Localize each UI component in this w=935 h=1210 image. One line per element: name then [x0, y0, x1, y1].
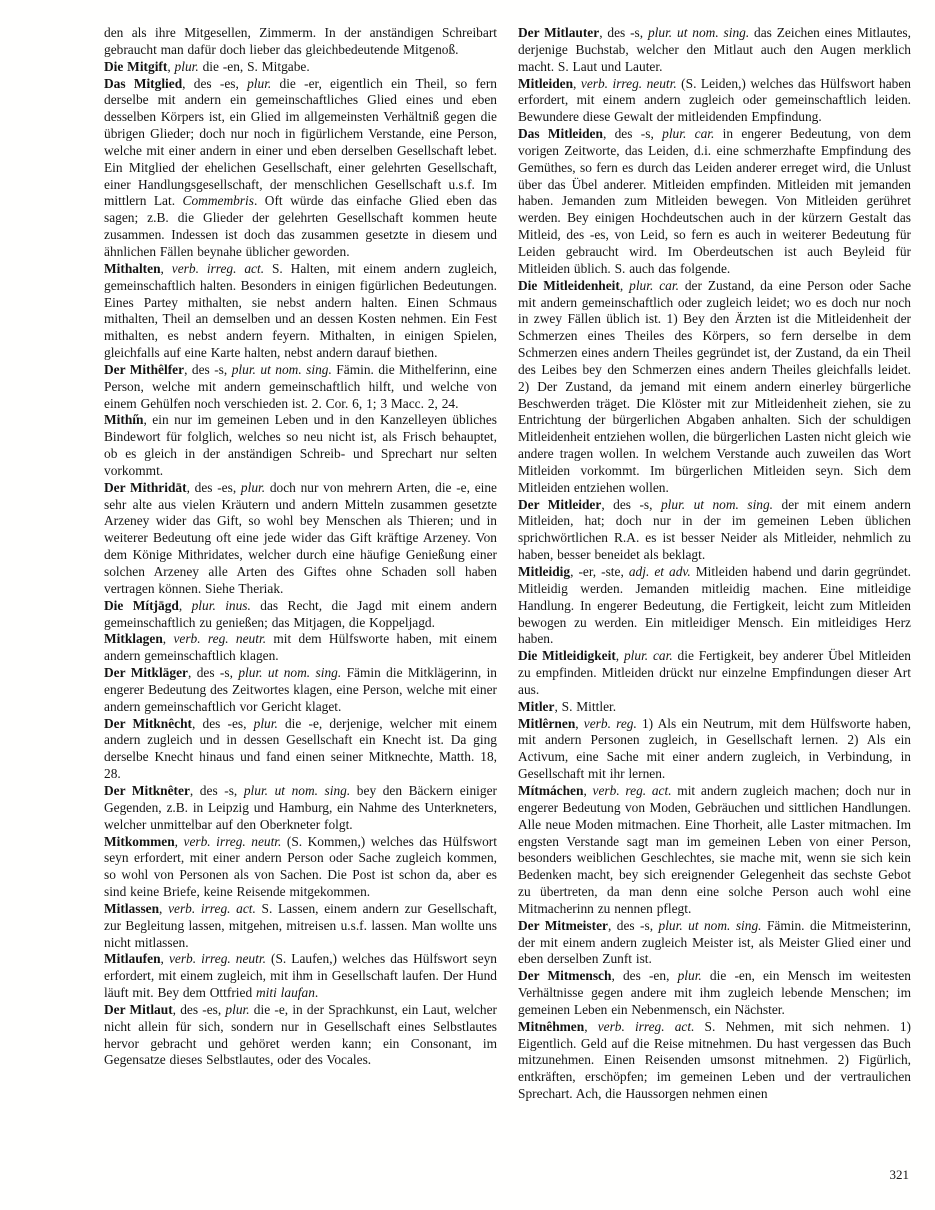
- entry-mitlernen: Mitlêrnen, verb. reg. 1) Als ein Neutrum…: [518, 716, 911, 783]
- entry-grammar-label: Commembris: [183, 193, 254, 208]
- entry-mithalten: Mithalten, verb. irreg. act. S. Halten, …: [104, 261, 497, 362]
- entry-text: , des -en,: [611, 968, 677, 983]
- entry-grammar-label: verb. irreg. neutr.: [169, 951, 266, 966]
- entry-text: ,: [163, 631, 174, 646]
- entry-headword: Mitnêhmen: [518, 1019, 584, 1034]
- entry-headword: Der Mitlauter: [518, 25, 599, 40]
- entry-mitler: Mitler, S. Mittler.: [518, 699, 911, 716]
- document-page: den als ihre Mitgesellen, Zimmerm. In de…: [0, 0, 935, 1210]
- entry-grammar-label: plur. ut nom. sing.: [232, 362, 332, 377]
- entry-grammar-label: verb. irreg. neutr.: [184, 834, 282, 849]
- entry-der-mitlauter: Der Mitlauter, des -s, plur. ut nom. sin…: [518, 25, 911, 76]
- entry-text: den als ihre Mitgesellen, Zimmerm. In de…: [104, 25, 497, 57]
- entry-text: doch nur von mehrern Arten, die -e, eine…: [104, 480, 497, 596]
- entry-headword: Der Mitknêter: [104, 783, 190, 798]
- entry-headword: Der Mitknêcht: [104, 716, 192, 731]
- entry-headword: Die Mítjāgd: [104, 598, 179, 613]
- entry-der-mitmensch: Der Mitmensch, des -en, plur. die -en, e…: [518, 968, 911, 1019]
- entry-text: ,: [583, 783, 592, 798]
- entry-grammar-label: plur.: [175, 59, 199, 74]
- entry-grammar-label: plur.: [254, 716, 278, 731]
- entry-grammar-label: verb. irreg. act.: [172, 261, 264, 276]
- entry-text: ,: [584, 1019, 597, 1034]
- entry-text: , des -s,: [608, 918, 659, 933]
- entry-text: , ein nur im gemeinen Leben und in den K…: [104, 412, 497, 478]
- entry-grammar-label: plur. ut nom. sing.: [661, 497, 773, 512]
- entry-text: , des -es,: [173, 1002, 226, 1017]
- entry-die-mitgift: Die Mitgift, plur. die -en, S. Mitgabe.: [104, 59, 497, 76]
- entry-headword: Mithı̋n: [104, 412, 143, 427]
- entry-mitleidig: Mitleidig, -er, -ste, adj. et adv. Mitle…: [518, 564, 911, 648]
- entry-das-mitleiden: Das Mitleiden, des -s, plur. car. in eng…: [518, 126, 911, 278]
- entry-mitgesell-continuation: den als ihre Mitgesellen, Zimmerm. In de…: [104, 25, 497, 59]
- entry-text: , des -es,: [182, 76, 247, 91]
- entry-grammar-label: verb. reg. act.: [593, 783, 672, 798]
- entry-headword: Der Mitmensch: [518, 968, 611, 983]
- entry-text: ,: [175, 834, 184, 849]
- entry-headword: Das Mitleiden: [518, 126, 603, 141]
- entry-text: ,: [167, 59, 174, 74]
- entry-grammar-label: plur. car.: [662, 126, 714, 141]
- entry-headword: Der Mithêlfer: [104, 362, 184, 377]
- entry-mitleiden-verb: Mitleiden, verb. irreg. neutr. (S. Leide…: [518, 76, 911, 127]
- entry-headword: Mitlaufen: [104, 951, 161, 966]
- entry-headword: Mitler: [518, 699, 554, 714]
- entry-headword: Der Mitkläger: [104, 665, 188, 680]
- entry-headword: Mitleiden: [518, 76, 573, 91]
- entry-headword: Mítmáchen: [518, 783, 583, 798]
- entry-der-mitklaeger: Der Mitkläger, des -s, plur. ut nom. sin…: [104, 665, 497, 716]
- entry-das-mitglied: Das Mitglied, des -es, plur. die -er, ei…: [104, 76, 497, 261]
- entry-grammar-label: verb. irreg. act.: [168, 901, 256, 916]
- entry-grammar-label: plur.: [225, 1002, 249, 1017]
- text-column-left: den als ihre Mitgesellen, Zimmerm. In de…: [104, 25, 497, 1103]
- entry-mithin: Mithı̋n, ein nur im gemeinen Leben und i…: [104, 412, 497, 479]
- entry-grammar-label: plur.: [678, 968, 702, 983]
- entry-grammar-label: plur.: [247, 76, 271, 91]
- entry-text: ,: [179, 598, 192, 613]
- entry-text: ,: [161, 951, 169, 966]
- entry-mitlaufen: Mitlaufen, verb. irreg. neutr. (S. Laufe…: [104, 951, 497, 1002]
- entry-headword: Der Mitmeister: [518, 918, 608, 933]
- text-column-right: Der Mitlauter, des -s, plur. ut nom. sin…: [518, 25, 911, 1103]
- entry-mitklagen: Mitklagen, verb. reg. neutr. mit dem Hül…: [104, 631, 497, 665]
- entry-grammar-label: plur. car.: [629, 278, 679, 293]
- entry-text: ,: [616, 648, 624, 663]
- entry-headword: Die Mitleidenheit: [518, 278, 620, 293]
- entry-mitkommen: Mitkommen, verb. irreg. neutr. (S. Komme…: [104, 834, 497, 901]
- entry-die-mitjagd: Die Mítjāgd, plur. inus. das Recht, die …: [104, 598, 497, 632]
- entry-text: in engerer Bedeutung, von dem vorigen Ze…: [518, 126, 911, 276]
- entry-headword: Mitkommen: [104, 834, 175, 849]
- entry-der-mithelfer: Der Mithêlfer, des -s, plur. ut nom. sin…: [104, 362, 497, 413]
- entry-headword: Die Mitgift: [104, 59, 167, 74]
- entry-grammar-label: plur. ut nom. sing.: [238, 665, 341, 680]
- entry-grammar-label: plur. car.: [624, 648, 673, 663]
- entry-grammar-label: verb. irreg. act.: [598, 1019, 695, 1034]
- entry-text: , des -s,: [188, 665, 238, 680]
- entry-der-mitlaut: Der Mitlaut, des -es, plur. die -e, in d…: [104, 1002, 497, 1069]
- entry-text: , des -es,: [192, 716, 254, 731]
- entry-mitlassen: Mitlassen, verb. irreg. act. S. Lassen, …: [104, 901, 497, 952]
- entry-headword: Der Mithridāt: [104, 480, 187, 495]
- entry-text: die -en, S. Mitgabe.: [199, 59, 310, 74]
- entry-text: , des -s,: [190, 783, 244, 798]
- entry-der-mitknecht: Der Mitknêcht, des -es, plur. die -e, de…: [104, 716, 497, 783]
- entry-die-mitleidenheit: Die Mitleidenheit, plur. car. der Zustan…: [518, 278, 911, 497]
- entry-text: die -er, eigentlich ein Theil, so fern d…: [104, 76, 497, 209]
- entry-headword: Der Mitlaut: [104, 1002, 173, 1017]
- page-number: 321: [890, 1167, 910, 1183]
- entry-der-mitleider: Der Mitleider, des -s, plur. ut nom. sin…: [518, 497, 911, 564]
- entry-grammar-label: verb. reg. neutr.: [173, 631, 266, 646]
- entry-grammar-label: plur. ut nom. sing.: [659, 918, 762, 933]
- entry-text: .: [315, 985, 318, 1000]
- entry-der-mitkneter: Der Mitknêter, des -s, plur. ut nom. sin…: [104, 783, 497, 834]
- entry-mitnehmen: Mitnêhmen, verb. irreg. act. S. Nehmen, …: [518, 1019, 911, 1103]
- entry-die-mitleidigkeit: Die Mitleidigkeit, plur. car. die Fertig…: [518, 648, 911, 699]
- entry-text: ,: [573, 76, 581, 91]
- entry-headword: Mitleidig: [518, 564, 570, 579]
- entry-der-mithridat: Der Mithridāt, des -es, plur. doch nur v…: [104, 480, 497, 598]
- entry-text: , des -s,: [184, 362, 232, 377]
- entry-text: , des -es,: [187, 480, 241, 495]
- entry-text: mit andern zugleich machen; doch nur in …: [518, 783, 911, 916]
- entry-text: ,: [159, 901, 168, 916]
- entry-headword: Mitklagen: [104, 631, 163, 646]
- entry-headword: Mithalten: [104, 261, 161, 276]
- entry-headword: Mitlassen: [104, 901, 159, 916]
- entry-headword: Mitlêrnen: [518, 716, 575, 731]
- entry-mitmachen: Mítmáchen, verb. reg. act. mit andern zu…: [518, 783, 911, 918]
- entry-text: , -er, -ste,: [570, 564, 629, 579]
- entry-text: ,: [161, 261, 172, 276]
- entry-text: ,: [575, 716, 584, 731]
- entry-grammar-label: plur.: [241, 480, 265, 495]
- entry-text: ,: [620, 278, 629, 293]
- entry-grammar-label: plur. ut nom. sing.: [244, 783, 350, 798]
- entry-grammar-label: plur. inus.: [192, 598, 251, 613]
- entry-der-mitmeister: Der Mitmeister, des -s, plur. ut nom. si…: [518, 918, 911, 969]
- entry-grammar-label: plur. ut nom. sing.: [648, 25, 749, 40]
- entry-headword: Die Mitleidigkeit: [518, 648, 616, 663]
- entry-headword: Der Mitleider: [518, 497, 601, 512]
- text-columns: den als ihre Mitgesellen, Zimmerm. In de…: [104, 25, 911, 1103]
- entry-text: der Zustand, da eine Person oder Sache m…: [518, 278, 911, 495]
- entry-text: , S. Mittler.: [554, 699, 616, 714]
- entry-grammar-label: miti laufan: [256, 985, 315, 1000]
- entry-grammar-label: verb. reg.: [584, 716, 637, 731]
- entry-text: , des -s,: [603, 126, 662, 141]
- entry-text: , des -s,: [601, 497, 661, 512]
- entry-headword: Das Mitglied: [104, 76, 182, 91]
- entry-text: , des -s,: [599, 25, 648, 40]
- entry-grammar-label: adj. et adv.: [629, 564, 691, 579]
- entry-grammar-label: verb. irreg. neutr.: [581, 76, 677, 91]
